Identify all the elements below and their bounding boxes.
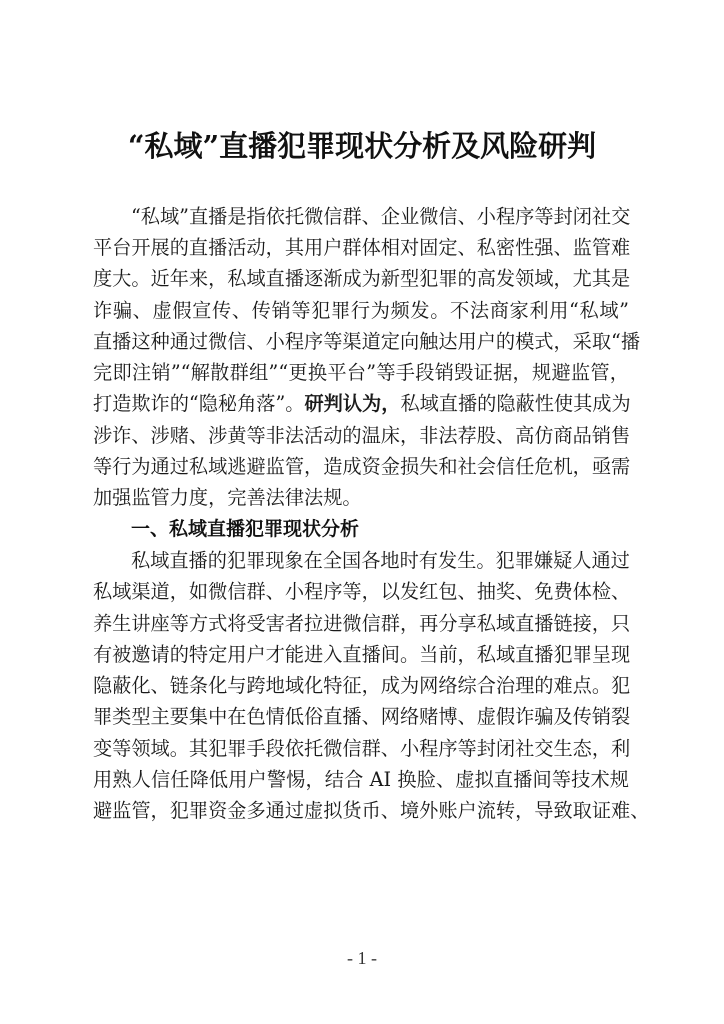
text-segment: 私域直播的隐蔽性使其成为 bbox=[400, 392, 630, 415]
document-title: “私域”直播犯罪现状分析及风险研判 bbox=[0, 126, 724, 166]
paragraph-line: 用熟人信任降低用户警惕，结合 AI 换脸、虚拟直播间等技术规 bbox=[93, 764, 629, 795]
paragraph-line-with-bold: 打造欺诈的“隐秘角落”。研判认为，私域直播的隐蔽性使其成为 bbox=[93, 388, 629, 419]
paragraph-line: 罪类型主要集中在色情低俗直播、网络赌博、虚假诈骗及传销裂 bbox=[93, 701, 629, 732]
bold-key-phrase: 研判认为， bbox=[305, 392, 401, 415]
paragraph-line: 私域渠道，如微信群、小程序等，以发红包、抽奖、免费体检、 bbox=[93, 576, 629, 607]
document-page: “私域”直播犯罪现状分析及风险研判 “私域”直播是指依托微信群、企业微信、小程序… bbox=[0, 0, 724, 1024]
paragraph-line: 有被邀请的特定用户才能进入直播间。当前，私域直播犯罪呈现 bbox=[93, 639, 629, 670]
paragraph-line: 度大。近年来，私域直播逐渐成为新型犯罪的高发领域，尤其是 bbox=[93, 263, 629, 294]
text-segment: 打造欺诈的“隐秘角落”。 bbox=[93, 392, 305, 415]
paragraph-line: 直播这种通过微信、小程序等渠道定向触达用户的模式，采取“播 bbox=[93, 326, 629, 357]
paragraph-line: “私域”直播是指依托微信群、企业微信、小程序等封闭社交 bbox=[131, 201, 629, 232]
paragraph-line: 变等领域。其犯罪手段依托微信群、小程序等封闭社交生态，利 bbox=[93, 733, 629, 764]
paragraph-line: 涉诈、涉赌、涉黄等非法活动的温床，非法荐股、高仿商品销售 bbox=[93, 420, 629, 451]
paragraph-line: 诈骗、虚假宣传、传销等犯罪行为频发。不法商家利用“私域” bbox=[93, 295, 629, 326]
paragraph-line: 隐蔽化、链条化与跨地域化特征，成为网络综合治理的难点。犯 bbox=[93, 670, 629, 701]
paragraph-line: 加强监管力度，完善法律法规。 bbox=[93, 482, 629, 513]
paragraph-line: 避监管，犯罪资金多通过虚拟货币、境外账户流转，导致取证难、 bbox=[93, 795, 629, 826]
paragraph-line: 等行为通过私域逃避监管，造成资金损失和社会信任危机，亟需 bbox=[93, 451, 629, 482]
section-heading: 一、私域直播犯罪现状分析 bbox=[131, 514, 359, 545]
paragraph-line: 私域直播的犯罪现象在全国各地时有发生。犯罪嫌疑人通过 bbox=[131, 545, 629, 576]
paragraph-line: 完即注销”“解散群组”“更换平台”等手段销毁证据，规避监管， bbox=[93, 357, 629, 388]
page-number: - 1 - bbox=[0, 948, 724, 969]
paragraph-line: 养生讲座等方式将受害者拉进微信群，再分享私域直播链接，只 bbox=[93, 608, 629, 639]
paragraph-line: 平台开展的直播活动，其用户群体相对固定、私密性强、监管难 bbox=[93, 232, 629, 263]
